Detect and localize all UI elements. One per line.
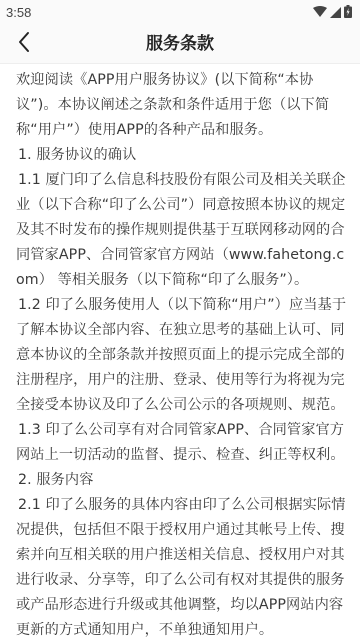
clause-1-2: 1.2 印了么服务使用人（以下简称“用户”）应当基于了解本协议全部内容、在独立思… [16, 293, 348, 418]
section-heading-1: 1. 服务协议的确认 [16, 143, 348, 168]
cell-signal-icon [330, 3, 341, 22]
status-icons [313, 3, 352, 22]
clause-1-1: 1.1 厦门印了么信息科技股份有限公司及相关关联企业（以下合称“印了么公司”）同… [16, 168, 348, 293]
clause-1-3: 1.3 印了么公司享有对合同管家APP、合同管家官方网站上一切活动的监督、提示、… [16, 418, 348, 468]
terms-content[interactable]: 欢迎阅读《APP用户服务协议》(以下简称“本协议”)。本协议阐述之条款和条件适用… [0, 64, 360, 640]
page-title: 服务条款 [0, 24, 360, 64]
clause-2-1: 2.1 印了么服务的具体内容由印了么公司根据实际情况提供，包括但不限于授权用户通… [16, 493, 348, 640]
intro-paragraph: 欢迎阅读《APP用户服务协议》(以下简称“本协议”)。本协议阐述之条款和条件适用… [16, 68, 348, 143]
wifi-icon [313, 3, 327, 22]
battery-charging-icon [344, 3, 352, 22]
status-bar: 3:58 [0, 0, 360, 24]
nav-bar: 服务条款 [0, 24, 360, 64]
section-heading-2: 2. 服务内容 [16, 468, 348, 493]
status-time: 3:58 [6, 5, 31, 20]
